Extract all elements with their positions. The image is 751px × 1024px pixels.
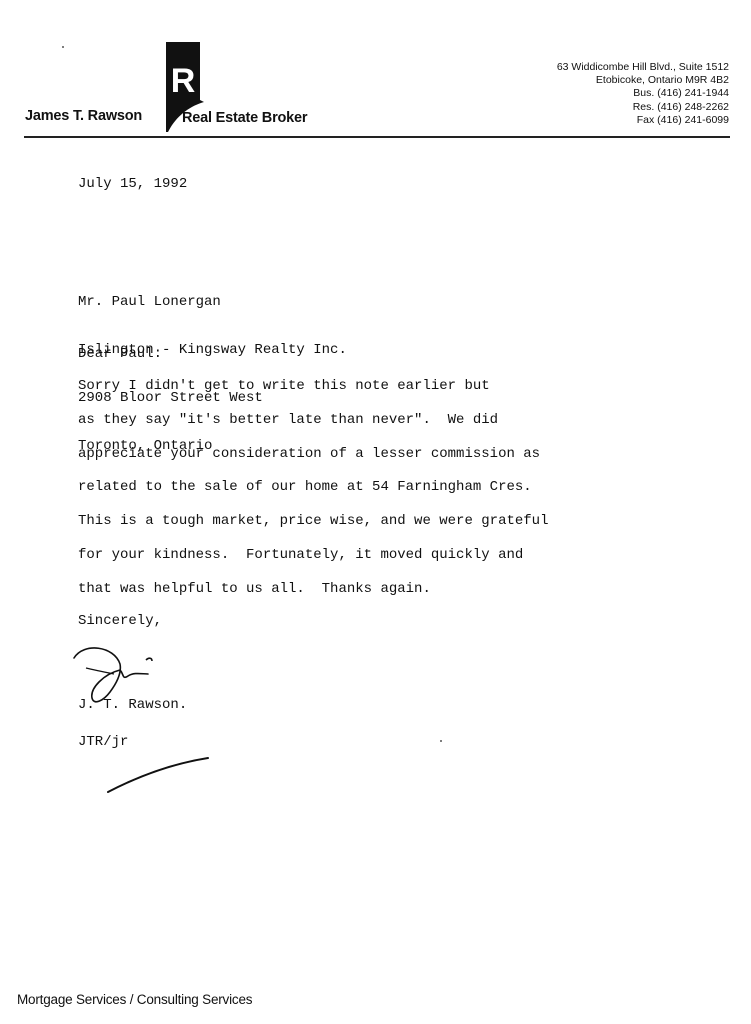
phone-business: Bus. (416) 241-1944 [557, 87, 729, 100]
recipient-line: Mr. Paul Lonergan [78, 294, 347, 310]
letterhead-rule [24, 136, 730, 138]
body-line: as they say "it's better late than never… [78, 412, 548, 446]
body-line: appreciate your consideration of a lesse… [78, 446, 548, 480]
speck [62, 46, 64, 48]
footer-services: Mortgage Services / Consulting Services [17, 992, 252, 1007]
body-line: for your kindness. Fortunately, it moved… [78, 547, 548, 581]
address-line: Etobicoke, Ontario M9R 4B2 [557, 74, 729, 87]
body-line: that was helpful to us all. Thanks again… [78, 581, 548, 615]
body-line: related to the sale of our home at 54 Fa… [78, 479, 548, 513]
speck [440, 740, 442, 742]
letter-date: July 15, 1992 [78, 176, 187, 192]
salutation: Dear Paul: [78, 346, 162, 362]
reference-initials: JTR/jr [78, 734, 128, 750]
body-line: Sorry I didn't get to write this note ea… [78, 378, 548, 412]
pen-stroke-icon [100, 754, 215, 799]
closing: Sincerely, [78, 613, 162, 629]
letterhead-name: James T. Rawson [25, 108, 142, 124]
signer-name: J. T. Rawson. [78, 697, 187, 713]
phone-residence: Res. (416) 248-2262 [557, 101, 729, 114]
address-line: 63 Widdicombe Hill Blvd., Suite 1512 [557, 61, 729, 74]
fax-number: Fax (416) 241-6099 [557, 114, 729, 127]
svg-text:R: R [171, 62, 196, 100]
letterhead-address: 63 Widdicombe Hill Blvd., Suite 1512 Eto… [557, 61, 729, 127]
letter-body: Sorry I didn't get to write this note ea… [78, 378, 548, 615]
letterhead-title: Real Estate Broker [182, 110, 307, 126]
body-line: This is a tough market, price wise, and … [78, 513, 548, 547]
